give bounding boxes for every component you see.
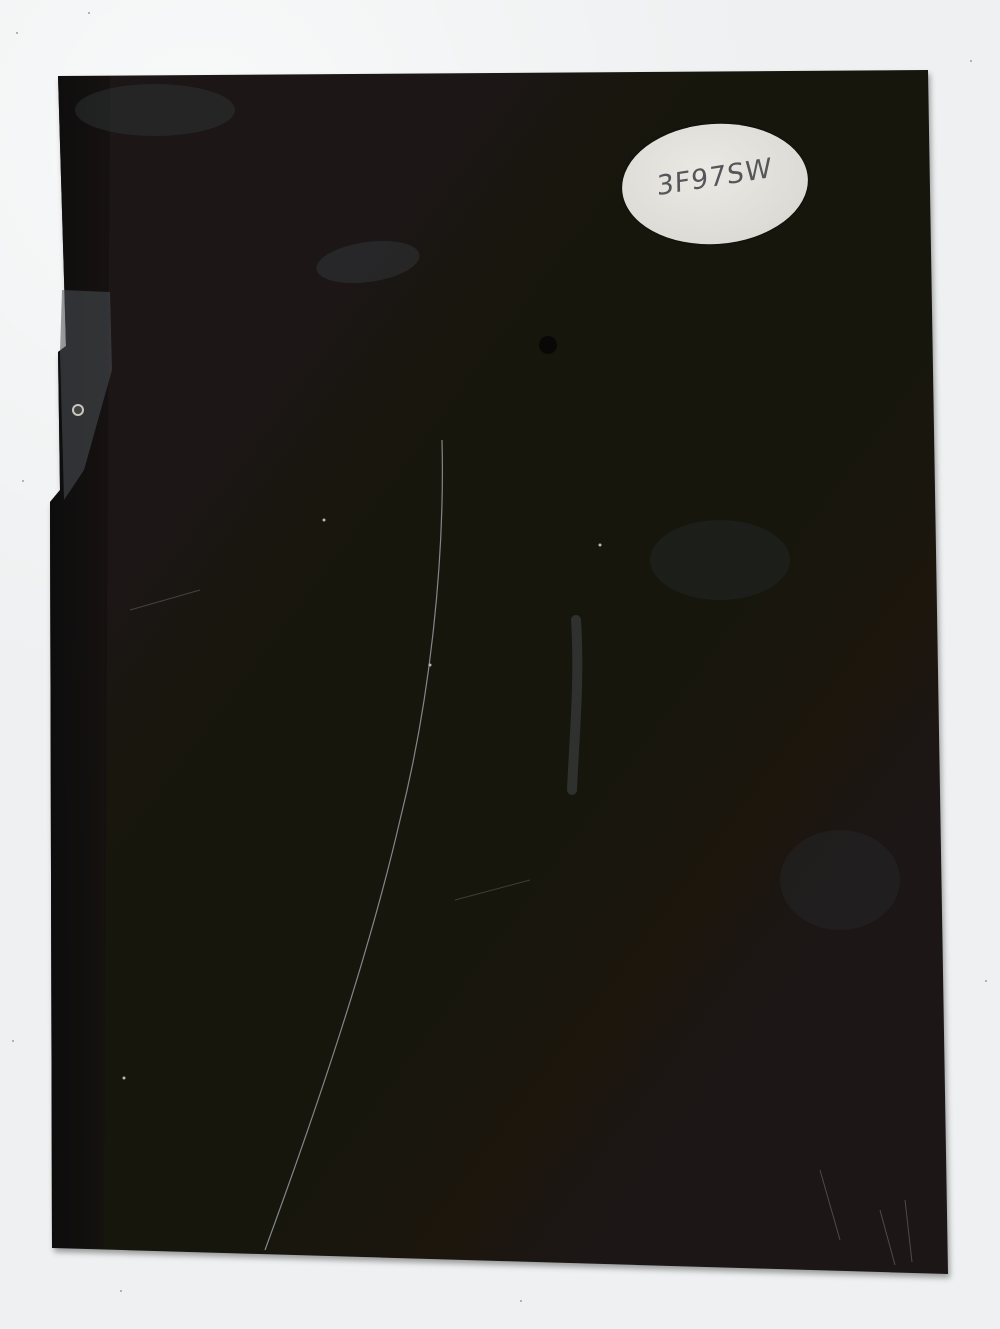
plate-graphic — [0, 0, 1000, 1329]
metal-plate: 3F97SW — [0, 0, 1000, 1329]
catalog-number: 3F97SW — [632, 149, 797, 206]
